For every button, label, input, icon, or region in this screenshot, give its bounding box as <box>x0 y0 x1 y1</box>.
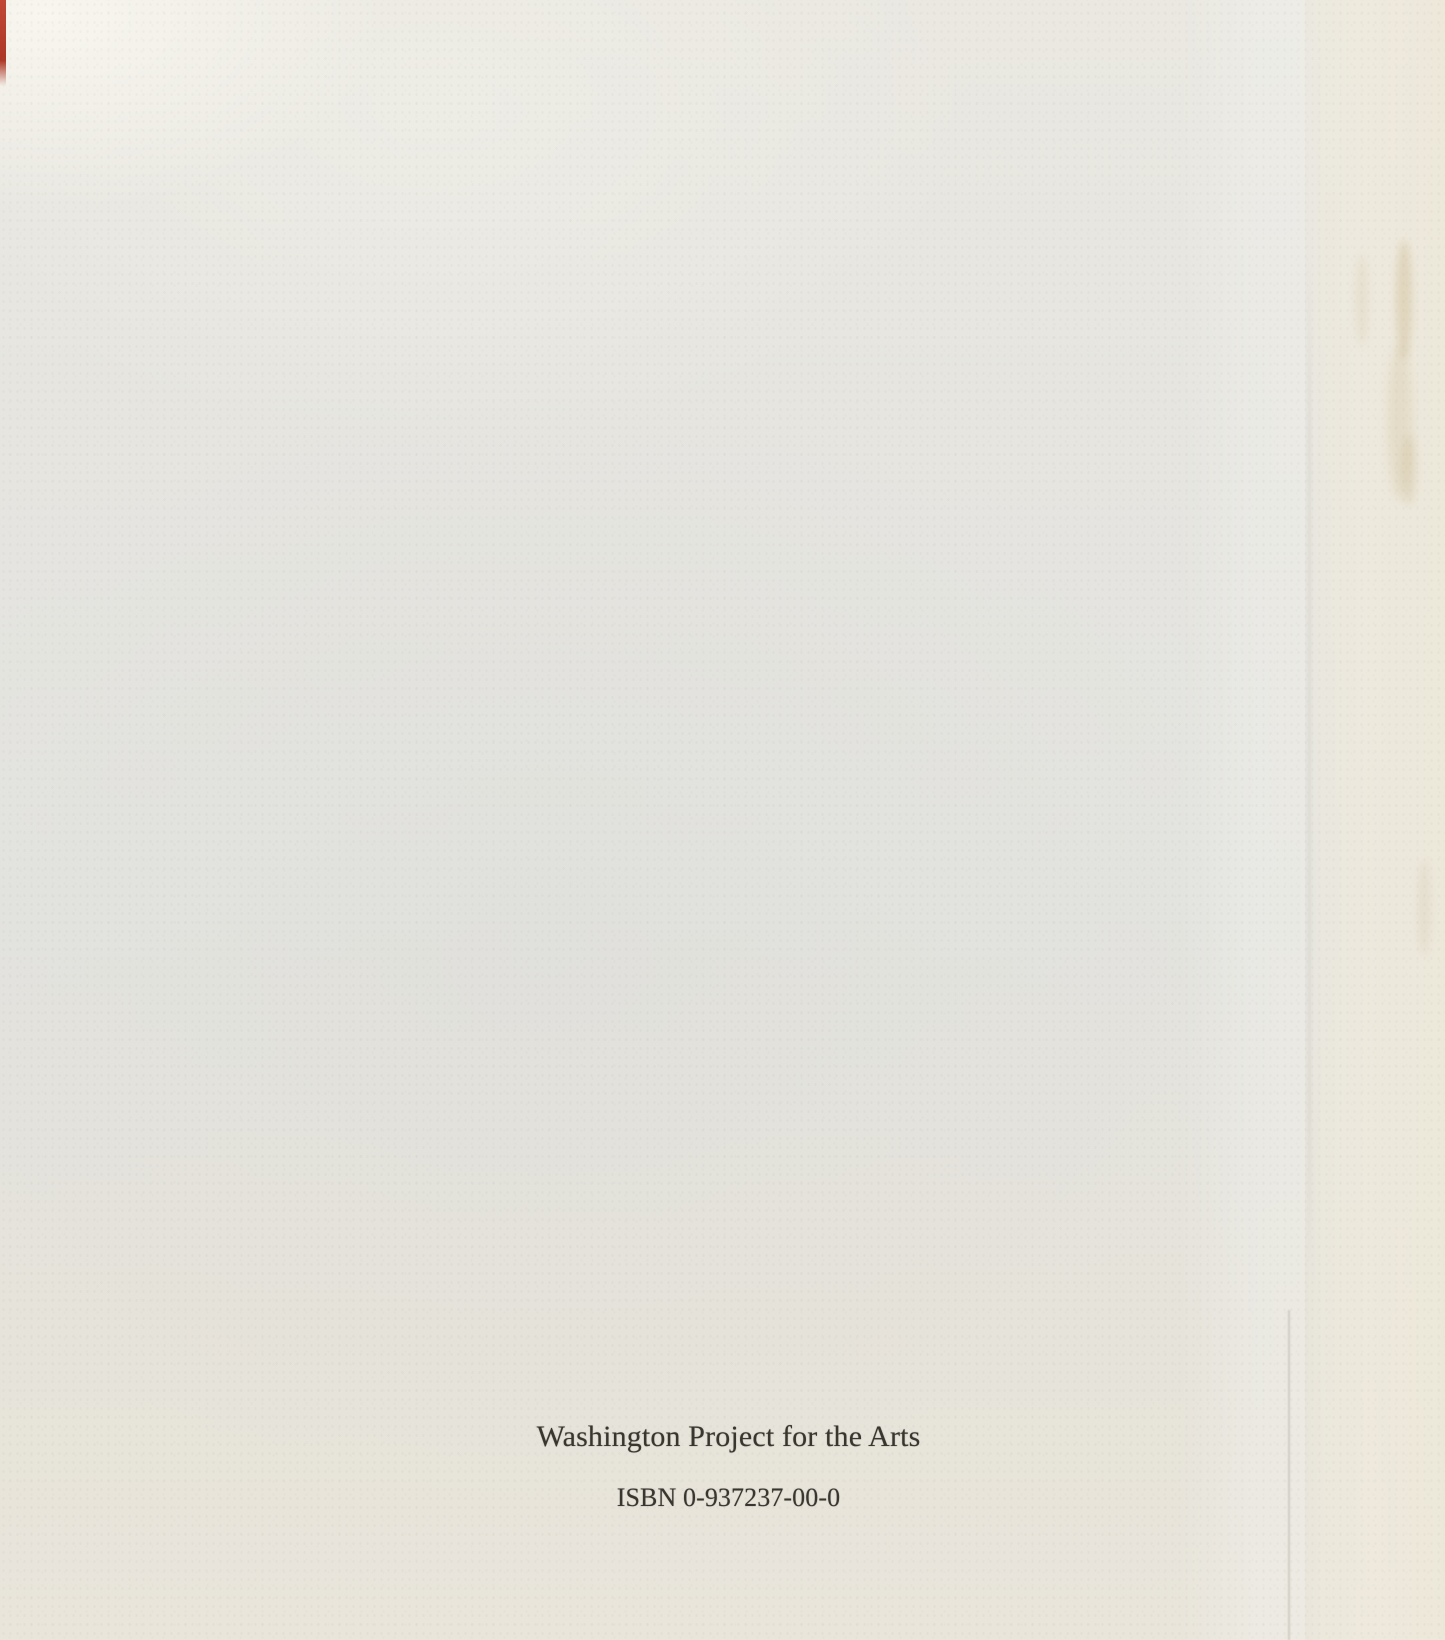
imprint-block: Washington Project for the Arts ISBN 0-9… <box>6 0 1445 1640</box>
book-back-cover: Washington Project for the Arts ISBN 0-9… <box>0 0 1445 1640</box>
publisher-name: Washington Project for the Arts <box>6 1419 1445 1455</box>
isbn-number: ISBN 0-937237-00-0 <box>6 1482 1445 1514</box>
